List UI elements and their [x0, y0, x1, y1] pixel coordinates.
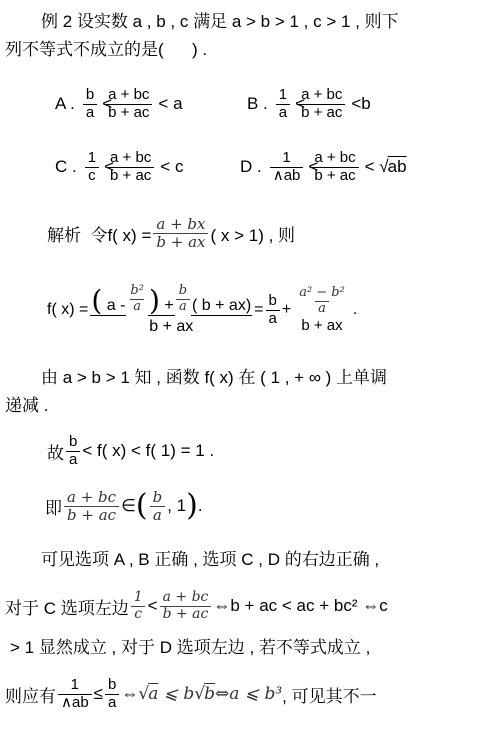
- option-d-tail: < √ab: [365, 157, 407, 177]
- equation-line: f( x) = ( a - b² a ) + b a ( b + ax) b +…: [47, 266, 474, 354]
- option-c-check-line: 对于 C 选项左边 1 c < a + bc b + ac ⇔b + ac < …: [5, 582, 474, 630]
- therefore-line: 故 b a < f( x) < f( 1) = 1 .: [47, 428, 474, 474]
- problem-line-1: 例 2 设实数 a , b , c 满足 a > b > 1 , c > 1 ,…: [5, 8, 474, 36]
- less-than-sign: <: [308, 157, 318, 177]
- one-over-sqrt-ab-fraction: 1 ∧ab: [58, 677, 92, 712]
- conclusion-line-1: 可见选项 A , B 正确 , 选项 C , D 的右边正确 ,: [5, 546, 474, 574]
- interval-fraction: b a: [150, 489, 166, 524]
- abc-fraction: a + bc b + ac: [64, 489, 119, 524]
- option-d-check-line: > 1 显然成立 , 对于 D 选项左边 , 若不等式成立 ,: [10, 634, 474, 662]
- compound-top-fraction: a² − b² a: [296, 286, 348, 316]
- equals-sign: =: [254, 301, 263, 319]
- analysis-suffix: ( x > 1) , 则: [210, 221, 295, 246]
- numerator-open-segment: ( a -: [90, 291, 126, 316]
- element-of-sign: ∈: [121, 496, 136, 516]
- therefore-suffix: < f( x) < f( 1) = 1 .: [82, 441, 214, 461]
- final-line: 则应有 1 ∧ab ≤ b a ⇔ √a ⩽ b√b⇔a ⩽ b³ , 可见其不…: [5, 666, 474, 722]
- option-a-mid-fraction: a + bc b + ac: [105, 87, 152, 122]
- c-check-suffix: ⇔b + ac < ac + bc² ⇔c: [213, 596, 387, 616]
- numerator-close-segment: ) +: [148, 291, 175, 316]
- monotonic-line-1: 由 a > b > 1 知 , 函数 f( x) 在 ( 1 , + ∞ ) 上…: [5, 364, 474, 392]
- b-over-a-fraction: b a: [105, 677, 119, 712]
- option-d: D . 1 ∧ab < a + bc b + ac < √ab: [240, 150, 432, 185]
- period: .: [353, 301, 357, 319]
- equation-lhs: f( x) =: [47, 301, 88, 319]
- interval-prefix: 即: [45, 494, 62, 519]
- c-check-prefix: 对于 C 选项左边: [5, 594, 129, 619]
- less-than-sign: <: [148, 596, 158, 616]
- abc-fraction: a + bc b + ac: [160, 590, 212, 622]
- inner-fraction-b-a: b a: [176, 284, 190, 314]
- document-page: 例 2 设实数 a , b , c 满足 a > b > 1 , c > 1 ,…: [0, 0, 479, 733]
- analysis-line: 解析 令f( x) = a + bx b + ax ( x > 1) , 则: [47, 210, 474, 256]
- option-b-mid-fraction: a + bc b + ac: [298, 87, 345, 122]
- option-d-label: D .: [240, 157, 262, 177]
- less-than-sign: <: [295, 94, 305, 114]
- option-c-label: C .: [55, 157, 77, 177]
- option-d-mid-fraction: a + bc b + ac: [311, 150, 358, 185]
- period: .: [198, 496, 203, 516]
- analysis-prefix: 解析 令f( x) =: [47, 221, 151, 246]
- problem-text-1: 例 2 设实数 a , b , c 满足 a > b > 1 , c > 1 ,…: [41, 12, 399, 31]
- left-paren: (: [91, 284, 102, 317]
- problem-text-2: 列不等式不成立的是( ) .: [5, 40, 207, 59]
- option-c: C . 1 c < a + bc b + ac < c: [55, 150, 240, 185]
- right-paren: ): [149, 284, 160, 317]
- less-than-sign: <: [104, 157, 114, 177]
- option-a: A . b a < a + bc b + ac < a: [55, 87, 247, 122]
- option-d-left-fraction: 1 ∧ab: [270, 150, 304, 185]
- less-than-sign: <: [102, 94, 112, 114]
- option-a-left-fraction: b a: [83, 87, 97, 122]
- radical-sign: √: [379, 157, 387, 176]
- equation-numerator: ( a - b² a ) + b a ( b + ax): [90, 284, 252, 315]
- equation-main-fraction: ( a - b² a ) + b a ( b + ax) b + ax: [90, 284, 252, 335]
- therefore-prefix: 故: [47, 439, 64, 464]
- interval-left-paren: (: [136, 492, 148, 520]
- options-row-cd: C . 1 c < a + bc b + ac < c D . 1 ∧ab < …: [55, 138, 474, 196]
- one-over-c-fraction: 1 c: [131, 590, 146, 622]
- option-b-left-fraction: 1 a: [276, 87, 290, 122]
- option-b: B . 1 a < a + bc b + ac <b: [247, 87, 439, 122]
- b-over-a-fraction: b a: [66, 434, 80, 469]
- problem-line-2: 列不等式不成立的是( ) .: [5, 36, 474, 64]
- interval-mid: , 1: [167, 496, 186, 516]
- option-c-left-fraction: 1 c: [85, 150, 99, 185]
- fx-definition-fraction: a + bx b + ax: [153, 216, 208, 251]
- options-row-ab: A . b a < a + bc b + ac < a B . 1 a < a …: [55, 78, 474, 130]
- radical-sign: √: [194, 684, 204, 704]
- equation-denominator: b + ax: [149, 318, 193, 336]
- option-c-tail: < c: [160, 157, 183, 177]
- option-a-tail: < a: [158, 94, 182, 114]
- compound-bottom: b + ax: [301, 317, 342, 334]
- final-suffix: , 可见其不一: [282, 682, 376, 707]
- radical-sign: √: [138, 684, 148, 704]
- option-a-label: A .: [55, 94, 75, 114]
- result-compound-fraction: a² − b² a b + ax: [294, 286, 350, 334]
- inner-fraction-b2-a: b² a: [127, 284, 147, 314]
- interval-right-paren: ): [186, 492, 198, 520]
- monotonic-line-2: 递减 .: [5, 392, 474, 420]
- plus-sign: +: [282, 301, 291, 319]
- final-prefix: 则应有: [5, 682, 56, 707]
- interval-line: 即 a + bc b + ac ∈ ( b a , 1 ) .: [45, 480, 474, 532]
- result-fraction-b-a: b a: [266, 293, 280, 328]
- option-b-label: B .: [247, 94, 268, 114]
- final-serif-math: √a ⩽ b√b⇔a ⩽ b³: [138, 684, 282, 704]
- option-b-tail: <b: [351, 94, 370, 114]
- numerator-bax-segment: ( b + ax): [191, 297, 252, 316]
- iff-sign: ⇔: [121, 684, 138, 704]
- less-equal-sign: ≤: [94, 684, 103, 704]
- option-c-mid-fraction: a + bc b + ac: [107, 150, 154, 185]
